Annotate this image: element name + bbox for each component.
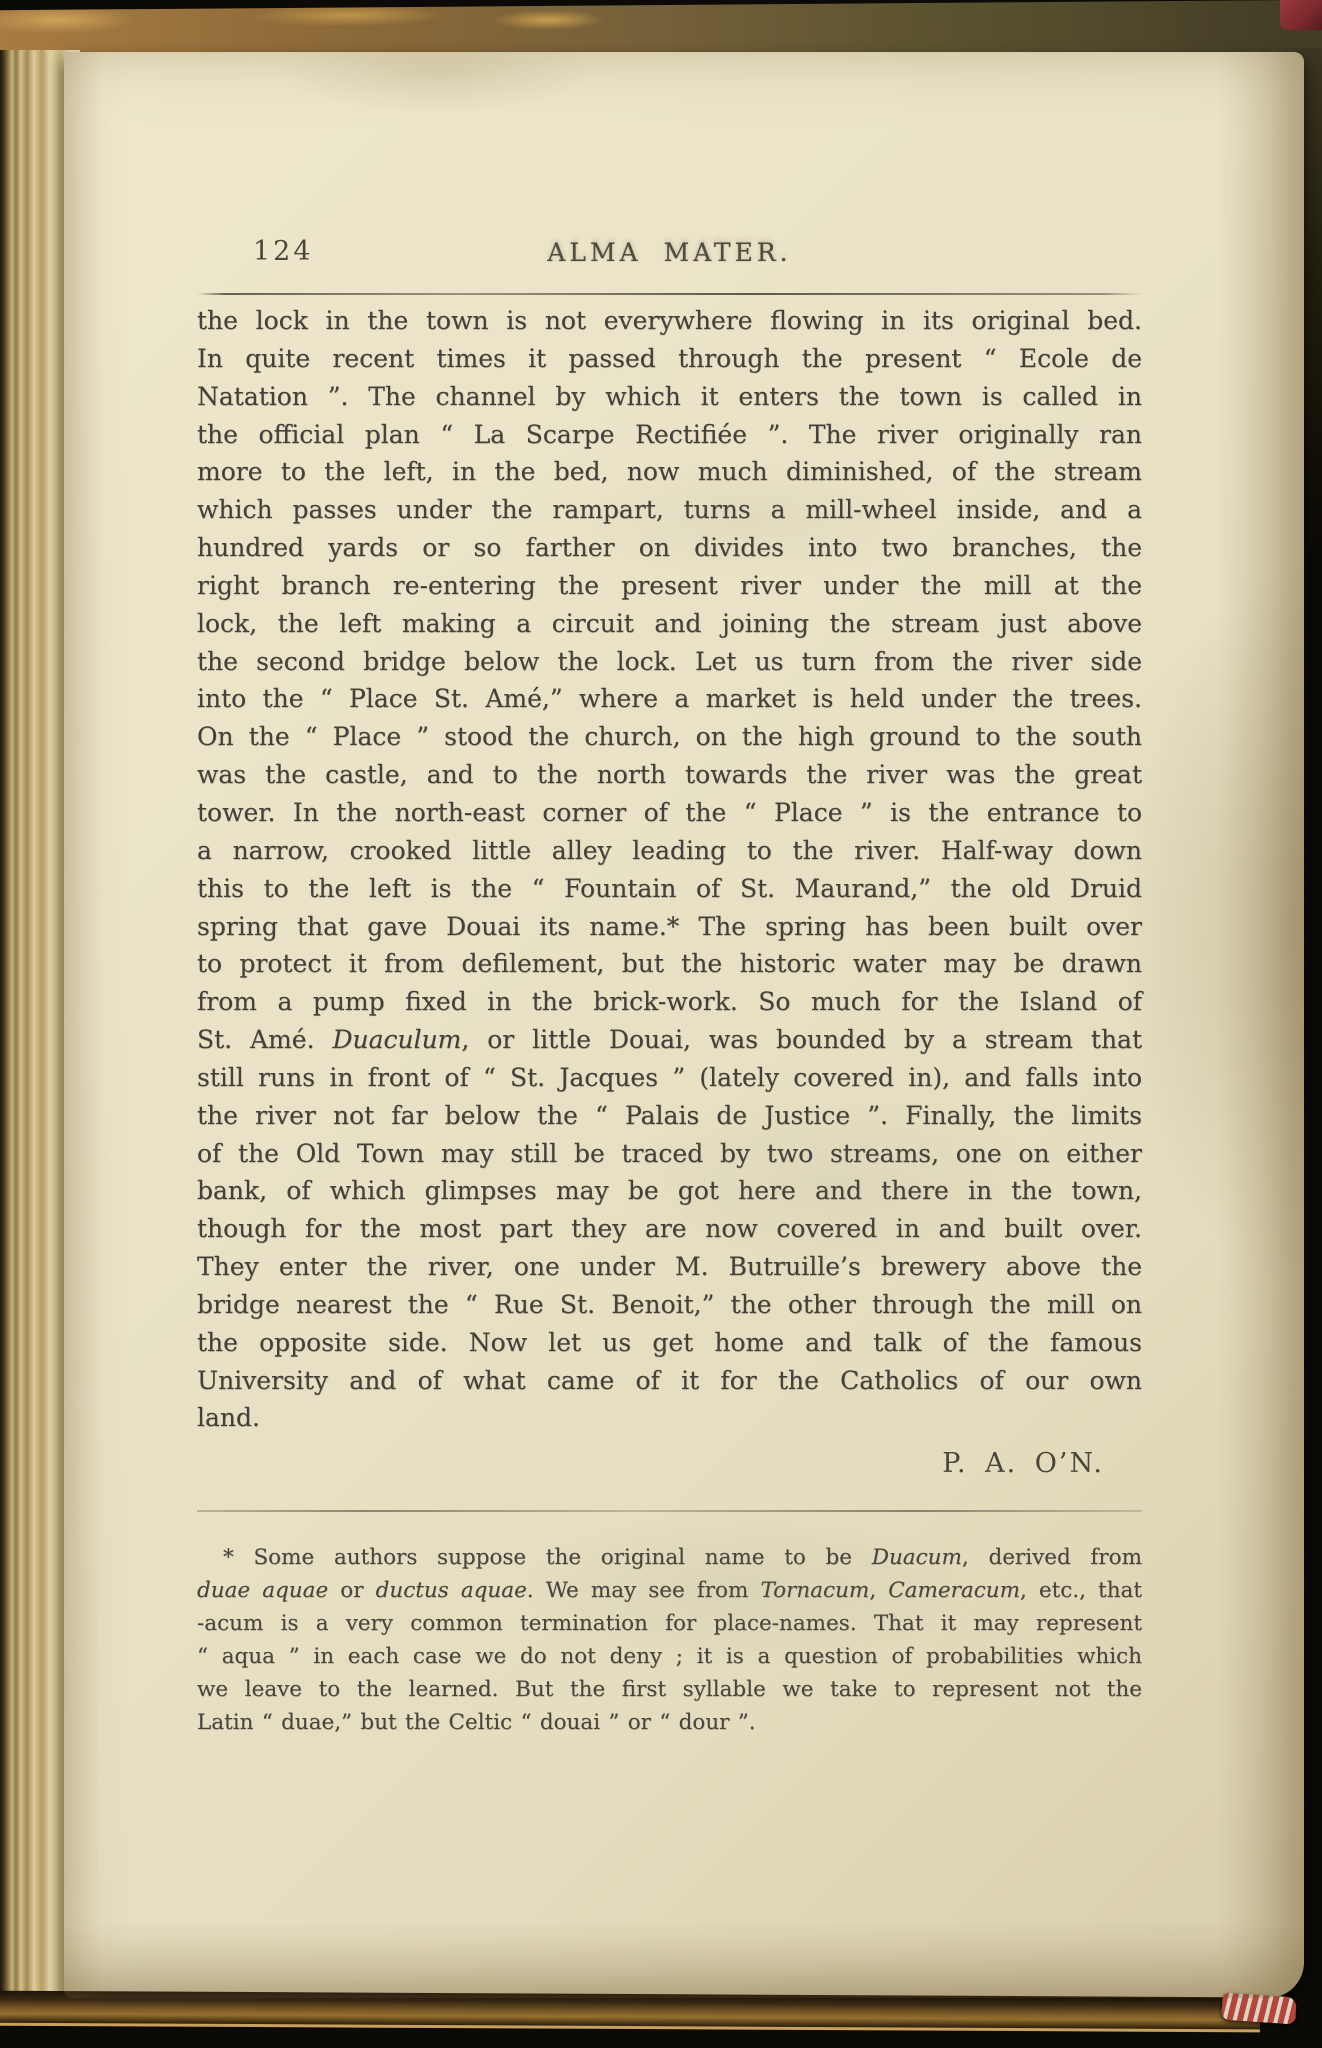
body-text-line: though for the most part they are now co… xyxy=(197,1210,1142,1248)
body-text-line: still runs in front of “ St. Jacques ” (… xyxy=(197,1059,1142,1097)
red-binding-corner xyxy=(1280,0,1322,30)
body-text-line: spring that gave Douai its name.* The sp… xyxy=(197,908,1142,946)
body-text-line: lock, the left making a circuit and join… xyxy=(197,605,1142,643)
body-text-line: the official plan “ La Scarpe Rectifiée … xyxy=(197,416,1142,454)
footnote-line: we leave to the learned. But the first s… xyxy=(197,1674,1142,1707)
body-text-line: Natation ”. The channel by which it ente… xyxy=(197,378,1142,416)
body-text-line: tower. In the north-east corner of the “… xyxy=(197,794,1142,832)
body-text-line: bank, of which glimpses may be got here … xyxy=(197,1172,1142,1210)
footnote-text: * Some authors suppose the original name… xyxy=(197,1542,1142,1739)
page-content: 124 ALMA MATER. the lock in the town is … xyxy=(64,52,1304,1998)
body-text-line: In quite recent times it passed through … xyxy=(197,340,1142,378)
body-text-line: from a pump fixed in the brick-work. So … xyxy=(197,983,1142,1021)
body-text-line: this to the left is the “ Fountain of St… xyxy=(197,870,1142,908)
body-text-line: St. Amé. Duaculum, or little Douai, was … xyxy=(197,1021,1142,1059)
body-text-line: was the castle, and to the north towards… xyxy=(197,756,1142,794)
body-text-line: They enter the river, one under M. Butru… xyxy=(197,1248,1142,1286)
body-text-line: of the Old Town may still be traced by t… xyxy=(197,1135,1142,1173)
body-text-line: bridge nearest the “ Rue St. Benoit,” th… xyxy=(197,1286,1142,1324)
body-text-line: the lock in the town is not everywhere f… xyxy=(197,302,1142,340)
body-text-line: the opposite side. Now let us get home a… xyxy=(197,1324,1142,1362)
footnote-line: -acum is a very common termination for p… xyxy=(197,1608,1142,1641)
body-text-line: land. xyxy=(197,1399,1142,1437)
book-page: 124 ALMA MATER. the lock in the town is … xyxy=(64,52,1304,1998)
footnote-line: * Some authors suppose the original name… xyxy=(197,1542,1142,1575)
body-text-line: the second bridge below the lock. Let us… xyxy=(197,643,1142,681)
book-photograph: 124 ALMA MATER. the lock in the town is … xyxy=(0,0,1322,2048)
header-rule xyxy=(197,293,1142,295)
author-initials: P. A. O’N. xyxy=(197,1448,1142,1479)
footnote-line: “ aqua ” in each case we do not deny ; i… xyxy=(197,1641,1142,1674)
body-text-line: right branch re-entering the present riv… xyxy=(197,567,1142,605)
footnote-rule xyxy=(197,1510,1142,1512)
running-header: ALMA MATER. xyxy=(197,238,1142,267)
body-text-line: which passes under the rampart, turns a … xyxy=(197,491,1142,529)
body-text-line: the river not far below the “ Palais de … xyxy=(197,1097,1142,1135)
body-text: the lock in the town is not everywhere f… xyxy=(197,302,1142,1437)
footnote-line: Latin “ duae,” but the Celtic “ douai ” … xyxy=(197,1707,1142,1740)
body-text-line: University and of what came of it for th… xyxy=(197,1362,1142,1400)
body-text-line: hundred yards or so farther on divides i… xyxy=(197,529,1142,567)
body-text-line: into the “ Place St. Amé,” where a marke… xyxy=(197,680,1142,718)
body-text-line: more to the left, in the bed, now much d… xyxy=(197,453,1142,491)
footnote-line: duae aquae or ductus aquae. We may see f… xyxy=(197,1575,1142,1608)
body-text-line: a narrow, crooked little alley leading t… xyxy=(197,832,1142,870)
body-text-line: to protect it from defilement, but the h… xyxy=(197,945,1142,983)
body-text-line: On the “ Place ” stood the church, on th… xyxy=(197,718,1142,756)
